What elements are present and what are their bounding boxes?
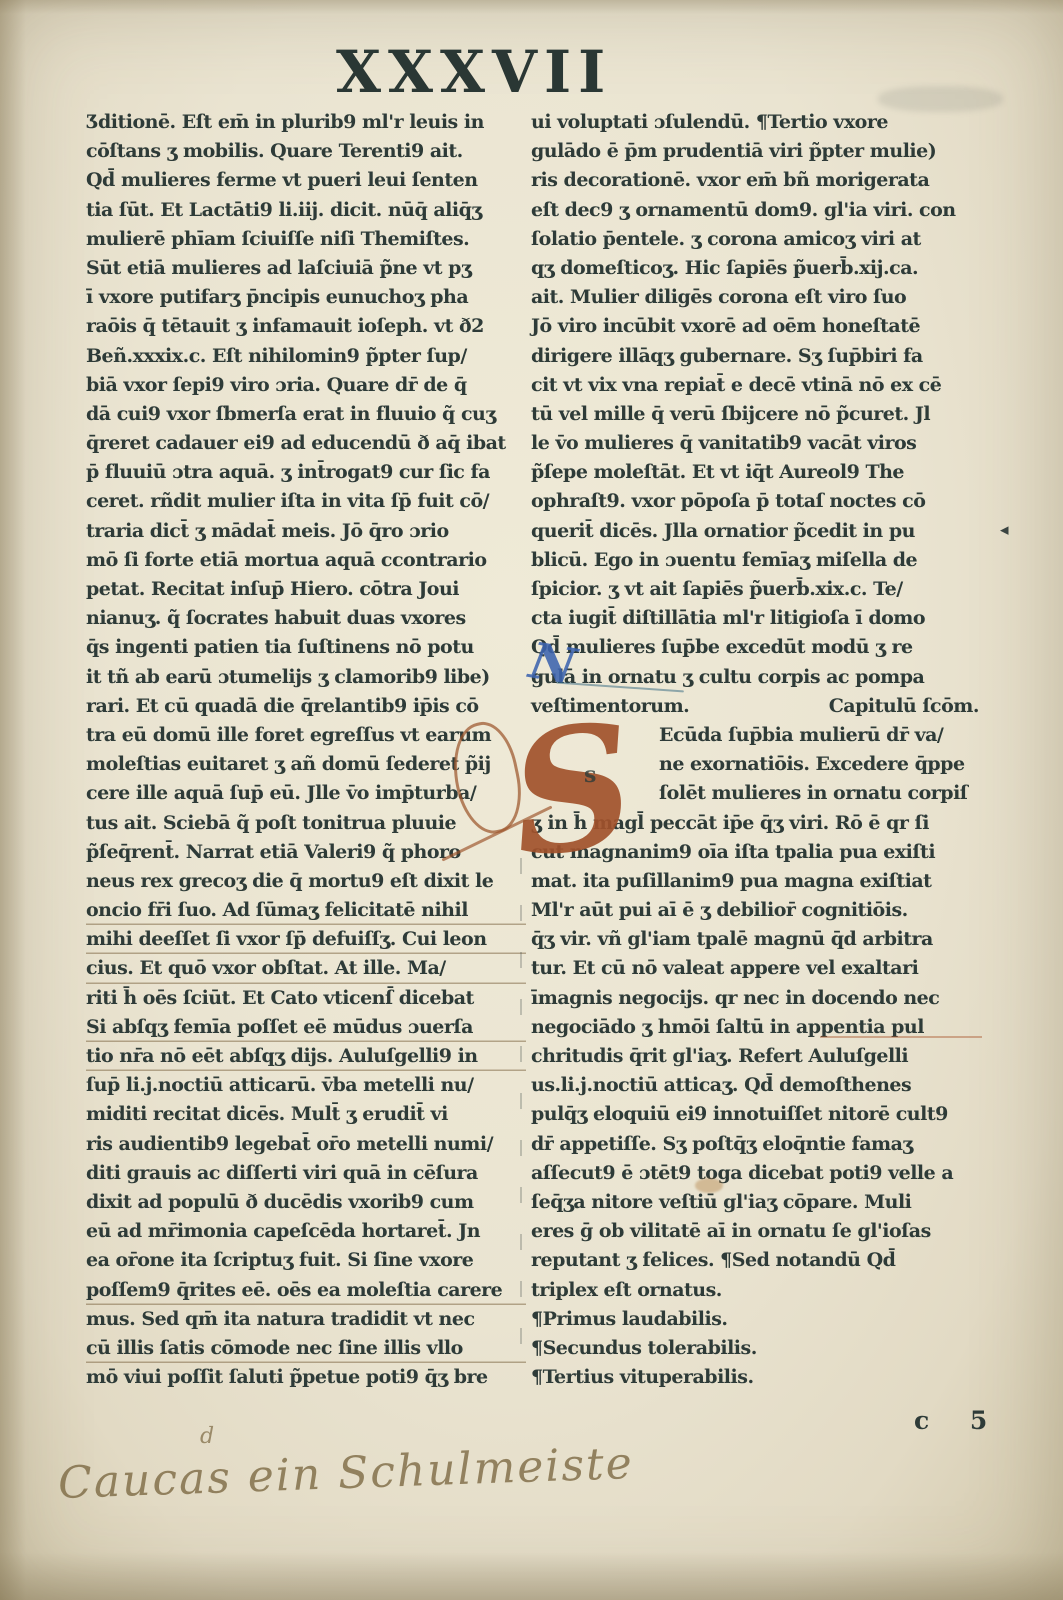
text-line: chritudis q̄rit gl'iaʒ. Refert Auluſgell… [531, 1042, 983, 1071]
line-text: q̄reret cadauer ei9 ad educendū ð aq̄ ib… [86, 432, 506, 454]
line-text: dixit ad populū ð ducēdis vxorib9 cum [86, 1191, 474, 1213]
text-line: tus ait. Sciebā q̃ poſt tonitrua pluuie [86, 809, 526, 838]
text-line: Beñ.xxxix.c. Eſt nihilomin9 p̃pter ſup/ [86, 342, 526, 371]
line-text: ſeq̄ʒa nitore veſtiū gl'iaʒ cōpare. Muli [531, 1191, 911, 1213]
guide-letter: s [584, 762, 596, 788]
text-line: dr̄ appetiſſe. Sʒ poſtq̄ʒ eloq̄ntie fama… [531, 1130, 983, 1159]
text-line: ait. Mulier diligēs corona eſt viro ſuo [531, 283, 983, 312]
text-line: q̄reret cadauer ei9 ad educendū ð aq̄ ib… [86, 429, 526, 458]
text-line: cta iugit̄ diſtillātia ml'r litigioſa ī … [531, 604, 983, 633]
line-text: ceret. rñdit mulier iſta in vita ſp̄ fui… [86, 490, 489, 512]
text-line: tia ſūt. Et Lactāti9 li.iij. dicit. nūq̄… [86, 196, 526, 225]
text-line: us.li.j.noctiū atticaʒ. Qd̄ demoſthenes [531, 1071, 983, 1100]
line-text: p̃ſepe moleſtāt. Et vt iq̄t Aureol9 The [531, 461, 904, 483]
tick-mark [520, 999, 522, 1015]
text-line: cius. Et quō vxor obſtat. At ille. Ma/ [86, 954, 526, 983]
line-text: Ecūda ſup̄bia mulierū dr̄ va/ [659, 724, 943, 746]
text-line: gulādo ē p̄m prudentiā viri p̃pter mulie… [531, 137, 983, 166]
line-text: īmagnis negocijs. qr nec in docendo nec [531, 987, 939, 1009]
text-line: traria dict̄ ʒ mādat̄ meis. Jō q̄ro ɔrio [86, 517, 526, 546]
text-line: eſt dec9 ʒ ornamentū dom9. gl'ia viri. c… [531, 196, 983, 225]
tick-mark [520, 1093, 522, 1109]
line-text: ſup̄ li.j.noctiū atticarū. v̄ba metelli … [86, 1074, 474, 1096]
text-line: ris audientib9 legebat̄ or̄o metelli num… [86, 1130, 526, 1159]
tick-mark [520, 952, 522, 968]
line-text: ī vxore putifarʒ p̄ncipis eunuchoʒ pha [86, 286, 468, 308]
text-line: p̃ſepe moleſtāt. Et vt iq̄t Aureol9 The [531, 458, 983, 487]
line-text: it tñ ab earū ɔtumelijs ʒ clamorib9 libe… [86, 666, 490, 688]
line-text: ne exornatiōis. Excedere q̄ppe [659, 753, 965, 775]
line-text: Sūt etiā mulieres ad laſciuiā p̃ne vt pʒ [86, 257, 471, 279]
text-line: miditi recitat dicēs. Mult̄ ʒ erudit̄ vi [86, 1100, 526, 1129]
text-line: ¶Primus laudabilis. [531, 1305, 983, 1334]
line-text: diti grauis ac diſſerti viri quā in cēſu… [86, 1162, 478, 1184]
text-line: Sūt etiā mulieres ad laſciuiā p̃ne vt pʒ [86, 254, 526, 283]
line-text: us.li.j.noctiū atticaʒ. Qd̄ demoſthenes [531, 1074, 911, 1096]
line-text: triplex eſt ornatus. [531, 1279, 722, 1301]
line-text: eres ḡ ob vilitatē aī in ornatu ſe gl'io… [531, 1220, 931, 1242]
folio-number: XXXVII [336, 38, 612, 106]
text-line: neus rex grecoʒ die q̄ mortu9 eſt dixit … [86, 867, 526, 896]
line-text: mihi deeſſet ſi vxor ſp̄ defuiſſʒ. Cui l… [86, 928, 487, 950]
line-text: cit vt vix vna repiat̄ e decē vtinā nō e… [531, 374, 941, 396]
paper-stain [695, 1178, 723, 1193]
line-text: qʒ domeſticoʒ. Hic ſapiēs p̃uerb̄.xij.ca… [531, 257, 918, 279]
text-line: le v̄o mulieres q̄ vanitatib9 vacāt viro… [531, 429, 983, 458]
line-text: gulādo ē p̄m prudentiā viri p̃pter mulie… [531, 140, 936, 162]
text-line: dirigere illāqʒ gubernare. Sʒ ſup̄biri f… [531, 342, 983, 371]
tick-mark [520, 1281, 522, 1297]
line-text: Qd̄ mulieres ferme vt pueri leui ſenten [86, 169, 478, 191]
line-text: traria dict̄ ʒ mādat̄ meis. Jō q̄ro ɔrio [86, 520, 449, 542]
text-line: Jō viro incūbit vxorē ad oēm honeſtatē [531, 312, 983, 341]
text-line: biā vxor ſepi9 viro ɔria. Quare dr̄ de q… [86, 371, 526, 400]
line-text: oncio fr̄i ſuo. Ad ſūmaʒ felicitatē nihi… [86, 899, 468, 921]
scanned-book-page: XXXVII Ʒditionē. Eſt em̄ in plurib9 ml'r… [0, 0, 1063, 1600]
tick-mark [520, 1328, 522, 1344]
text-line: cōſtans ʒ mobilis. Quare Terenti9 ait. [86, 137, 526, 166]
text-line: tio nr̄a nō eēt abſqʒ dijs. Auluſgelli9 … [86, 1042, 526, 1071]
line-text: querit̄ dicēs. Jlla ornatior p̃cedit in … [531, 520, 915, 542]
line-text: rari. Et cū quadā die q̄relantib9 ip̄is … [86, 695, 479, 717]
line-text: ¶Tertius vituperabilis. [531, 1366, 754, 1388]
line-text: Jō viro incūbit vxorē ad oēm honeſtatē [531, 315, 920, 337]
page-edge-shadow-left [0, 0, 26, 1600]
text-line: dixit ad populū ð ducēdis vxorib9 cum [86, 1188, 526, 1217]
line-text: aſſecut9 ē ɔtēt9 toga dicebat poti9 vell… [531, 1162, 953, 1184]
line-text: Beñ.xxxix.c. Eſt nihilomin9 p̃pter ſup/ [86, 345, 467, 367]
line-text: cius. Et quō vxor obſtat. At ille. Ma/ [86, 957, 446, 979]
text-line: ¶Secundus tolerabilis. [531, 1334, 983, 1363]
text-line: mō ſi forte etiā mortua aquā ccontrario [86, 546, 526, 575]
text-line: querit̄ dicēs. Jlla ornatior p̃cedit in … [531, 517, 983, 546]
text-line: eū ad mr̄imonia capeſcēda hortaret̄. Jn [86, 1217, 526, 1246]
red-ink-hairline [820, 1036, 982, 1038]
line-text: ris audientib9 legebat̄ or̄o metelli num… [86, 1133, 493, 1155]
text-line: aſſecut9 ē ɔtēt9 toga dicebat poti9 vell… [531, 1159, 983, 1188]
text-line: ceret. rñdit mulier iſta in vita ſp̄ fui… [86, 487, 526, 516]
text-line: Qd̄ mulieres ſup̄be excedūt modū ʒ re [531, 633, 983, 662]
text-line: it tñ ab earū ɔtumelijs ʒ clamorib9 libe… [86, 663, 526, 692]
line-text: tra eū domū ille foret egreſſus vt earum [86, 724, 491, 746]
line-text: ris decorationē. vxor em̄ bñ morigerata [531, 169, 929, 191]
text-line: ſeq̄ʒa nitore veſtiū gl'iaʒ cōpare. Muli [531, 1188, 983, 1217]
text-line: ris decorationē. vxor em̄ bñ morigerata [531, 166, 983, 195]
tick-mark [520, 1187, 522, 1203]
line-text: dr̄ appetiſſe. Sʒ poſtq̄ʒ eloq̄ntie fama… [531, 1133, 913, 1155]
tick-mark [520, 858, 522, 874]
line-text: ¶Primus laudabilis. [531, 1308, 728, 1330]
text-line: cū illis ſatis cōmode nec ſine illis vll… [86, 1334, 526, 1363]
line-text: p̄ fluuiū ɔtra aquā. ʒ int̄rogat9 cur ſi… [86, 461, 490, 483]
line-text: ¶Secundus tolerabilis. [531, 1337, 757, 1359]
text-line: triplex eſt ornatus. [531, 1276, 983, 1305]
line-text: reputant ʒ felices. ¶Sed notandū Qd̄ [531, 1249, 895, 1271]
chapter-initial-rubricated: S [502, 699, 643, 881]
text-line: Qd̄ mulieres ferme vt pueri leui ſenten [86, 166, 526, 195]
line-text: ui voluptati ɔſulendū. ¶Tertio vxore [531, 111, 888, 133]
margin-arrow-icon: ◂ [1000, 520, 1009, 540]
line-text: ſpicior. ʒ vt ait ſapiēs p̃uerb̄.xix.c. … [531, 578, 903, 600]
text-line: ophraſt9. vxor pōpoſa p̄ totaſ noctes cō [531, 487, 983, 516]
text-line: eres ḡ ob vilitatē aī in ornatu ſe gl'io… [531, 1217, 983, 1246]
line-text: p̃ſeq̄rent̄. Narrat etiā Valeri9 q̃ phor… [86, 841, 461, 863]
text-line: mihi deeſſet ſi vxor ſp̄ defuiſſʒ. Cui l… [86, 925, 526, 954]
text-line: ſolatio p̄entele. ʒ corona amicoʒ viri a… [531, 225, 983, 254]
line-text: petat. Recitat inſup̄ Hiero. cōtra Joui [86, 578, 459, 600]
line-text: tia ſūt. Et Lactāti9 li.iij. dicit. nūq̄… [86, 199, 482, 221]
text-line: dā cui9 vxor ſbmerſa erat in fluuio q̃ c… [86, 400, 526, 429]
text-line: ſpicior. ʒ vt ait ſapiēs p̃uerb̄.xix.c. … [531, 575, 983, 604]
text-line: diti grauis ac diſſerti viri quā in cēſu… [86, 1159, 526, 1188]
text-line: p̄ fluuiū ɔtra aquā. ʒ int̄rogat9 cur ſi… [86, 458, 526, 487]
text-line: riti h̄ oēs ſciūt. Et Cato vticenſ̄ dice… [86, 984, 526, 1013]
line-text: blicū. Ego in ɔuentu femīaʒ miſella de [531, 549, 917, 571]
line-text: cta iugit̄ diſtillātia ml'r litigioſa ī … [531, 607, 925, 629]
text-line: poſſem9 q̄rites eē. oēs ea moleſtia care… [86, 1276, 526, 1305]
text-line: reputant ʒ felices. ¶Sed notandū Qd̄ [531, 1246, 983, 1275]
text-line: qʒ domeſticoʒ. Hic ſapiēs p̃uerb̄.xij.ca… [531, 254, 983, 283]
tick-mark [520, 1234, 522, 1250]
line-text: dirigere illāqʒ gubernare. Sʒ ſup̄biri f… [531, 345, 923, 367]
line-text: dā cui9 vxor ſbmerſa erat in fluuio q̃ c… [86, 403, 496, 425]
line-text: ſolēt mulieres in ornatu corpiſ [659, 782, 967, 804]
line-text: neus rex grecoʒ die q̄ mortu9 eſt dixit … [86, 870, 493, 892]
text-line: oncio fr̄i ſuo. Ad ſūmaʒ felicitatē nihi… [86, 896, 526, 925]
text-line: blicū. Ego in ɔuentu femīaʒ miſella de [531, 546, 983, 575]
text-line: ī vxore putifarʒ p̄ncipis eunuchoʒ pha [86, 283, 526, 312]
text-line: ſup̄ li.j.noctiū atticarū. v̄ba metelli … [86, 1071, 526, 1100]
line-text: mulierē phīam ſciuiſſe niſi Themiſtes. [86, 228, 469, 250]
line-text: tur. Et cū nō valeat appere vel exaltari [531, 957, 918, 979]
line-text: Si abſqʒ femīa poſſet eē mūdus ɔuerſa [86, 1016, 473, 1038]
line-text: cōſtans ʒ mobilis. Quare Terenti9 ait. [86, 140, 463, 162]
line-text: mō ſi forte etiā mortua aquā ccontrario [86, 549, 487, 571]
owner-inscription: Caucas ein Schulmeiste [57, 1438, 634, 1509]
text-line: cit vt vix vna repiat̄ e decē vtinā nō e… [531, 371, 983, 400]
line-text: mō viui poſſit ſaluti p̃petue poti9 q̄ʒ … [86, 1366, 488, 1388]
text-line: q̄s ingenti patien tia ſuſtinens nō potu [86, 633, 526, 662]
page-edge-shadow-bottom [0, 1552, 1063, 1600]
text-line: īmagnis negocijs. qr nec in docendo nec [531, 984, 983, 1013]
line-text: eſt dec9 ʒ ornamentū dom9. gl'ia viri. c… [531, 199, 956, 221]
line-text: q̄s ingenti patien tia ſuſtinens nō potu [86, 636, 474, 658]
text-line: raōis q̄ tētauit ʒ infamauit ioſeph. vt … [86, 312, 526, 341]
text-line: mus. Sed qm̄ ita natura tradidit vt nec [86, 1305, 526, 1334]
line-text: miditi recitat dicēs. Mult̄ ʒ erudit̄ vi [86, 1103, 448, 1125]
tick-mark [520, 1140, 522, 1156]
line-text: Ml'r aūt pui aī ē ʒ debilior̄ cognitiōis… [531, 899, 908, 921]
text-line: Si abſqʒ femīa poſſet eē mūdus ɔuerſa [86, 1013, 526, 1042]
text-line: rari. Et cū quadā die q̄relantib9 ip̄is … [86, 692, 526, 721]
text-line: nianuʒ. q̃ ſocrates habuit duas vxores [86, 604, 526, 633]
signature-mark: c 5 [914, 1406, 1003, 1435]
text-line: Ʒditionē. Eſt em̄ in plurib9 ml'r leuis … [86, 108, 526, 137]
text-line: q̄ʒ vir. vñ gl'iam tpalē magnū q̄d arbit… [531, 925, 983, 954]
tick-mark [520, 905, 522, 921]
line-text: mus. Sed qm̄ ita natura tradidit vt nec [86, 1308, 475, 1330]
text-line: pulq̄ʒ eloquiū ei9 innotuiſſet nitorē cu… [531, 1100, 983, 1129]
line-text: ea or̄one ita ſcriptuʒ fuit. Si ſine vxo… [86, 1249, 473, 1271]
line-text: ſolatio p̄entele. ʒ corona amicoʒ viri a… [531, 228, 921, 250]
line-text: Qd̄ mulieres ſup̄be excedūt modū ʒ re [531, 636, 913, 658]
blue-paraph-mark: N [525, 630, 580, 696]
line-text: riti h̄ oēs ſciūt. Et Cato vticenſ̄ dice… [86, 987, 474, 1009]
inscription-flourish: d [200, 1424, 214, 1449]
page-edge-shadow-top [0, 0, 1063, 14]
line-text: cere ille aquā ſup̄ eū. Jlle v̄o imp̄tur… [86, 782, 476, 804]
line-text: ait. Mulier diligēs corona eſt viro ſuo [531, 286, 906, 308]
line-text: tus ait. Sciebā q̃ poſt tonitrua pluuie [86, 812, 456, 834]
text-line: ¶Tertius vituperabilis. [531, 1363, 983, 1392]
line-text: Ʒditionē. Eſt em̄ in plurib9 ml'r leuis … [86, 111, 484, 133]
text-line: ui voluptati ɔſulendū. ¶Tertio vxore [531, 108, 983, 137]
text-line: tū vel mille q̄ verū ſbijcere nō p̃curet… [531, 400, 983, 429]
line-text: pulq̄ʒ eloquiū ei9 innotuiſſet nitorē cu… [531, 1103, 948, 1125]
line-text: chritudis q̄rit gl'iaʒ. Refert Auluſgell… [531, 1045, 908, 1067]
line-text: biā vxor ſepi9 viro ɔria. Quare dr̄ de q… [86, 374, 467, 396]
text-line: petat. Recitat inſup̄ Hiero. cōtra Joui [86, 575, 526, 604]
text-line: Ml'r aūt pui aī ē ʒ debilior̄ cognitiōis… [531, 896, 983, 925]
line-text: ophraſt9. vxor pōpoſa p̄ totaſ noctes cō [531, 490, 925, 512]
text-line: tur. Et cū nō valeat appere vel exaltari [531, 954, 983, 983]
line-text: le v̄o mulieres q̄ vanitatib9 vacāt viro… [531, 432, 916, 454]
text-line: ea or̄one ita ſcriptuʒ fuit. Si ſine vxo… [86, 1246, 526, 1275]
line-text: cū illis ſatis cōmode nec ſine illis vll… [86, 1337, 463, 1359]
line-text: negociādo ʒ hmōi ſaltū in appentia pul [531, 1016, 924, 1038]
text-line: mulierē phīam ſciuiſſe niſi Themiſtes. [86, 225, 526, 254]
line-text: tū vel mille q̄ verū ſbijcere nō p̃curet… [531, 403, 930, 425]
line-text: eū ad mr̄imonia capeſcēda hortaret̄. Jn [86, 1220, 480, 1242]
tick-mark [520, 1046, 522, 1062]
line-text: tio nr̄a nō eēt abſqʒ dijs. Auluſgelli9 … [86, 1045, 478, 1067]
chapter-heading: Capitulū ſcōm. [829, 692, 979, 721]
line-text: q̄ʒ vir. vñ gl'iam tpalē magnū q̄d arbit… [531, 928, 933, 950]
text-line: mō viui poſſit ſaluti p̃petue poti9 q̄ʒ … [86, 1363, 526, 1392]
line-text: nianuʒ. q̃ ſocrates habuit duas vxores [86, 607, 466, 629]
line-text: raōis q̄ tētauit ʒ infamauit ioſeph. vt … [86, 315, 484, 337]
line-text: moleſtias euitaret ʒ añ domū ſederet p̃i… [86, 753, 491, 775]
line-text: poſſem9 q̄rites eē. oēs ea moleſtia care… [86, 1279, 502, 1301]
